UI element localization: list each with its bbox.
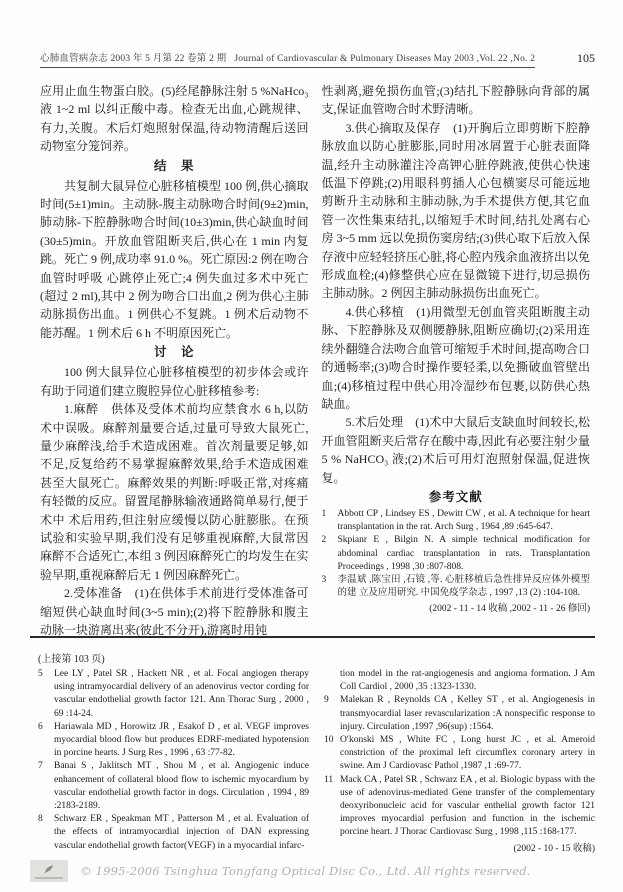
reference-number: 7 [38,760,54,813]
reference-text: Mack CA , Patel SR , Schwarz EA , et al.… [340,774,595,840]
reference-continuation-text: tion model in the rat-angiogenesis and a… [324,668,595,694]
continued-from-note: (上接第 103 页) [38,650,595,665]
reference-number: 3 [322,574,338,600]
reference-text: Malekan R , Reynolds CA , Kelley ST , et… [340,694,595,734]
reference-item: 1Abbott CP , Lindsey ES , Dewitt CW , et… [322,508,591,534]
reference-number: 6 [38,721,54,761]
reference-text: Abbott CP , Lindsey ES , Dewitt CW , et … [338,508,591,534]
reference-number: 2 [322,534,338,574]
logo-small-text-strip [35,877,63,879]
publisher-logo [30,860,68,882]
reference-text: Lee LY , Patel SR , Hackett NR , et al. … [54,668,309,721]
page-number: 105 [577,51,595,68]
manuscript-date-note: (2002 - 10 - 15 收稿) [324,840,595,856]
reference-text: O′konski MS , White FC , Long hurst JC ,… [340,734,595,774]
page-header: 心肺血管病杂志 2003 年 5 月第 22 卷第 2 期Journal of … [40,50,595,68]
reference-text: Hariawala MD , Horowitz JR , Esakof D , … [54,721,309,761]
manuscript-date-note: (2002 - 11 - 14 收稿 ,2002 - 11 - 26 修回) [322,600,591,616]
reference-text: 李温斌 ,陈宝田 ,石镜 ,等. 心脏移植后急性排异反应体外模型的建 立及应用研… [338,574,591,600]
reference-number: 1 [322,508,338,534]
body-paragraph: 应用止血生物蛋白胶。(5)经尾静脉注射 5 %NaHco₃ 液 1~2 ml 以… [40,82,309,156]
reference-item: 11Mack CA , Patel SR , Schwarz EA , et a… [324,774,595,840]
body-paragraph: 4.供心移植 (1)用微型无创血管夹阻断腹主动脉、下腔静脉及双侧腰静脉,阻断应确… [322,303,591,413]
continued-references-section: (上接第 103 页) 5Lee LY , Patel SR , Hackett… [38,650,595,856]
body-paragraph: 1.麻醉 供体及受体术前均应禁食水 6 h,以防术中误吸。麻醉剂量要合适,过量可… [40,400,309,584]
reference-item: 6Hariawala MD , Horowitz JR , Esakof D ,… [38,721,309,761]
section-divider-rule [30,636,595,638]
reference-item: 7Banai S , Jaklitsch MT , Shou M , et al… [38,760,309,813]
reference-text: Schwarz ER , Speakman MT , Patterson M ,… [54,813,309,853]
reference-item: 3李温斌 ,陈宝田 ,石镜 ,等. 心脏移植后急性排异反应体外模型的建 立及应用… [322,574,591,600]
right-column: 性剥离,避免损伤血管;(3)结扎下腔静脉向背部的属支,保证血管吻合时术野清晰。3… [322,82,591,639]
reference-number: 11 [324,774,340,840]
journal-title-line: 心肺血管病杂志 2003 年 5 月第 22 卷第 2 期Journal of … [40,50,535,68]
journal-title-english: Journal of Cardiovascular & Pulmonary Di… [234,54,535,64]
reference-item: 10O′konski MS , White FC , Long hurst JC… [324,734,595,774]
logo-swoosh-icon [41,863,57,875]
continued-right-column: tion model in the rat-angiogenesis and a… [324,668,595,856]
body-paragraph: 性剥离,避免损伤血管;(3)结扎下腔静脉向背部的属支,保证血管吻合时术野清晰。 [322,82,591,119]
reference-text: Skpianr E , Bilgin N. A simple technical… [338,534,591,574]
journal-title-chinese: 心肺血管病杂志 2003 年 5 月第 22 卷第 2 期 [40,54,226,64]
body-paragraph: 3.供心摘取及保存 (1)开胸后立即剪断下腔静脉放血以防心脏膨胀,同时用冰屑置于… [322,119,591,303]
reference-item: 8Schwarz ER , Speakman MT , Patterson M … [38,813,309,853]
reference-item: 2Skpianr E , Bilgin N. A simple technica… [322,534,591,574]
section-heading: 参考文献 [322,488,591,507]
reference-number: 8 [38,813,54,853]
reference-number: 10 [324,734,340,774]
reference-item: 9Malekan R , Reynolds CA , Kelley ST , e… [324,694,595,734]
body-paragraph: 共复制大鼠异位心脏移植模型 100 例,供心摘取时间(5±1)min。主动脉-腹… [40,177,309,343]
body-paragraph: 100 例大鼠异位心脏移植模型的初步体会或许有助于同道们建立腹腔异位心脏移植参考… [40,363,309,400]
copyright-text: © 1995-2006 Tsinghua Tongfang Optical Di… [80,864,531,878]
body-paragraph: 5.术后处理 (1)术中大鼠后支缺血时间较长,松开血管阻断夹后常存在酸中毒,因此… [322,413,591,487]
body-paragraph: 2.受体准备 (1)在供体手术前进行受体准备可缩短供心缺血时间(3~5 min)… [40,584,309,639]
journal-scan-page: 心肺血管病杂志 2003 年 5 月第 22 卷第 2 期Journal of … [0,0,623,892]
reference-number: 9 [324,694,340,734]
page-footer: © 1995-2006 Tsinghua Tongfang Optical Di… [30,860,603,882]
left-column: 应用止血生物蛋白胶。(5)经尾静脉注射 5 %NaHco₃ 液 1~2 ml 以… [40,82,309,639]
continued-left-column: 5Lee LY , Patel SR , Hackett NR , et al.… [38,668,309,856]
reference-number: 5 [38,668,54,721]
section-heading: 结 果 [40,157,309,176]
reference-item: 5Lee LY , Patel SR , Hackett NR , et al.… [38,668,309,721]
reference-text: Banai S , Jaklitsch MT , Shou M , et al.… [54,760,309,813]
article-body: 应用止血生物蛋白胶。(5)经尾静脉注射 5 %NaHco₃ 液 1~2 ml 以… [40,82,590,639]
section-heading: 讨 论 [40,343,309,362]
continued-references-columns: 5Lee LY , Patel SR , Hackett NR , et al.… [38,668,595,856]
